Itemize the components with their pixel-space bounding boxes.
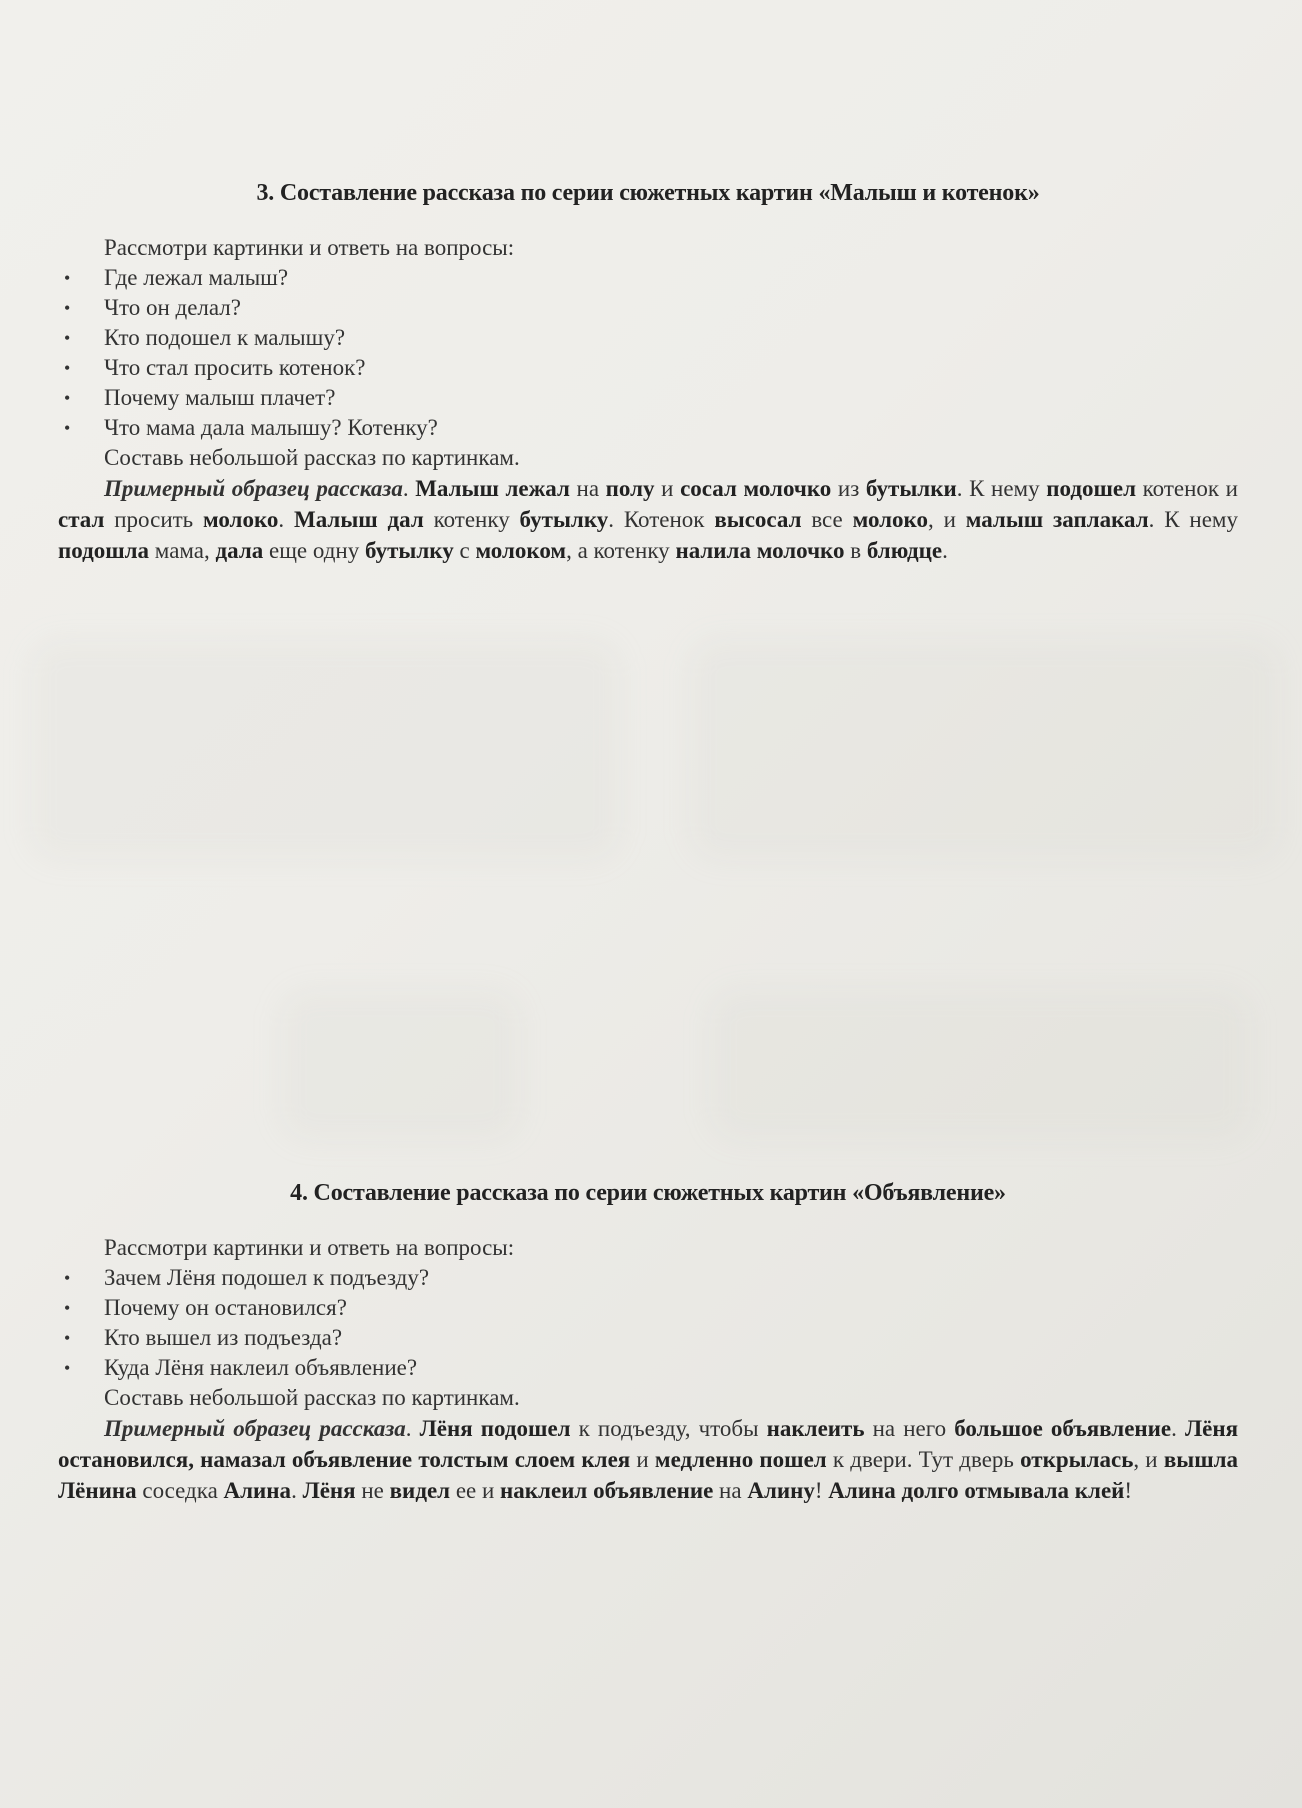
emphasized-word: бутылки — [866, 476, 957, 501]
section-heading: 4. Составление рассказа по серии сюжетны… — [58, 1180, 1238, 1207]
sample-label: Примерный образец рассказа — [104, 476, 403, 501]
emphasized-word: полу — [606, 476, 655, 501]
bleed-through-shading — [280, 990, 520, 1140]
story-text: котенок и — [1136, 476, 1238, 501]
emphasized-word: молоко — [853, 507, 928, 532]
question-item: •Почему малыш плачет? — [58, 383, 1238, 413]
story-text: не — [356, 1478, 390, 1503]
story-text: на него — [865, 1416, 955, 1441]
emphasized-word: бутылку — [365, 538, 454, 563]
question-item: •Почему он остановился? — [58, 1293, 1238, 1323]
story-text: . — [942, 538, 948, 563]
bullet-icon: • — [64, 263, 70, 293]
story-text: , а котенку — [566, 538, 675, 563]
story-text: ее и — [450, 1478, 500, 1503]
story-text: и — [655, 476, 681, 501]
bullet-icon: • — [64, 1353, 70, 1383]
question-item: •Что мама дала малышу? Котенку? — [58, 413, 1238, 443]
bullet-icon: • — [64, 1263, 70, 1293]
bleed-through-shading — [710, 990, 1250, 1140]
story-text: . Котенок — [608, 507, 714, 532]
emphasized-word: блюдце — [867, 538, 942, 563]
question-item: •Зачем Лёня подошел к подъезду? — [58, 1263, 1238, 1293]
emphasized-word: Лёня — [303, 1478, 356, 1503]
story-text: все — [802, 507, 853, 532]
question-list: •Где лежал малыш? •Что он делал? •Кто по… — [58, 263, 1238, 443]
question-item: •Куда Лёня наклеил объявление? — [58, 1353, 1238, 1383]
story-text: на — [570, 476, 606, 501]
story-text: из — [831, 476, 866, 501]
story-text: просить — [104, 507, 203, 532]
story-text: в — [845, 538, 867, 563]
emphasized-word: подошла — [58, 538, 149, 563]
question-item: •Где лежал малыш? — [58, 263, 1238, 293]
emphasized-word: высосал — [714, 507, 801, 532]
bullet-icon: • — [64, 383, 70, 413]
emphasized-word: большое объ­явление — [954, 1416, 1171, 1441]
sample-story: Примерный образец рассказа. Лёня подошел… — [58, 1413, 1238, 1506]
emphasized-word: Лёня подошел — [420, 1416, 571, 1441]
story-text: . К нему — [957, 476, 1047, 501]
story-text: . К нему — [1149, 507, 1238, 532]
bullet-icon: • — [64, 353, 70, 383]
emphasized-word: по­дошел — [1046, 476, 1136, 501]
question-item: •Кто подошел к малышу? — [58, 323, 1238, 353]
story-text: . — [291, 1478, 303, 1503]
emphasized-word: молоком — [475, 538, 566, 563]
emphasized-word: Малыш дал — [294, 507, 424, 532]
story-text: . — [1171, 1416, 1185, 1441]
emphasized-word: малыш заплакал — [966, 507, 1149, 532]
emphasized-word: Малыш лежал — [415, 476, 570, 501]
document-page: 3. Составление рассказа по серии сюжетны… — [0, 0, 1302, 1808]
bullet-icon: • — [64, 293, 70, 323]
section-intro: Рассмотри картинки и ответь на вопросы: — [58, 1233, 1238, 1263]
story-text: соседка — [137, 1478, 224, 1503]
emphasized-word: бутылку — [520, 507, 609, 532]
question-list: •Зачем Лёня подошел к подъезду? •Почему … — [58, 1263, 1238, 1383]
sample-label: Примерный образец рассказа — [104, 1416, 406, 1441]
story-text: и — [630, 1447, 655, 1472]
story-text: ! — [815, 1478, 828, 1503]
emphasized-word: молоко — [203, 507, 278, 532]
section-instruction: Составь небольшой рассказ по картинкам. — [58, 1383, 1238, 1413]
question-item: •Кто вышел из подъезда? — [58, 1323, 1238, 1353]
emphasized-word: стал — [58, 507, 104, 532]
emphasized-word: наклеил объявление — [500, 1478, 713, 1503]
emphasized-word: Алина — [224, 1478, 292, 1503]
question-item: •Что стал просить котенок? — [58, 353, 1238, 383]
bullet-icon: • — [64, 323, 70, 353]
emphasized-word: Алина долго отмывала клей — [828, 1478, 1124, 1503]
sample-story: Примерный образец рассказа. Малыш лежал … — [58, 473, 1238, 566]
story-text: , и — [1133, 1447, 1163, 1472]
emphasized-word: налила молочко — [675, 538, 844, 563]
bleed-through-shading — [30, 640, 620, 860]
section-obyavlenie: 4. Составление рассказа по серии сюжетны… — [58, 1180, 1238, 1506]
emphasized-word: медленно пошел — [655, 1447, 827, 1472]
bullet-icon: • — [64, 1293, 70, 1323]
emphasized-word: дала — [216, 538, 264, 563]
story-text: ! — [1124, 1478, 1132, 1503]
story-text: к подъезду, чтобы — [571, 1416, 767, 1441]
story-text: с — [454, 538, 476, 563]
story-text: мама, — [149, 538, 215, 563]
section-heading: 3. Составление рассказа по серии сюжетны… — [58, 180, 1238, 207]
emphasized-word: открылась — [1020, 1447, 1133, 1472]
story-text: . — [278, 507, 294, 532]
emphasized-word: видел — [390, 1478, 450, 1503]
story-text: на — [713, 1478, 747, 1503]
section-instruction: Составь небольшой рассказ по картинкам. — [58, 443, 1238, 473]
question-item: •Что он делал? — [58, 293, 1238, 323]
emphasized-word: Алину — [747, 1478, 815, 1503]
story-text: . — [406, 1416, 420, 1441]
story-text: котенку — [424, 507, 520, 532]
bullet-icon: • — [64, 1323, 70, 1353]
bleed-through-shading — [690, 640, 1280, 860]
story-text: . — [403, 476, 415, 501]
emphasized-word: наклеить — [767, 1416, 865, 1441]
emphasized-word: сосал молочко — [680, 476, 831, 501]
story-text: , и — [928, 507, 966, 532]
story-text: к двери. Тут дверь — [827, 1447, 1020, 1472]
section-intro: Рассмотри картинки и ответь на вопросы: — [58, 233, 1238, 263]
story-text: еще одну — [263, 538, 365, 563]
section-malysh-i-kotenok: 3. Составление рассказа по серии сюжетны… — [58, 180, 1238, 566]
bullet-icon: • — [64, 413, 70, 443]
